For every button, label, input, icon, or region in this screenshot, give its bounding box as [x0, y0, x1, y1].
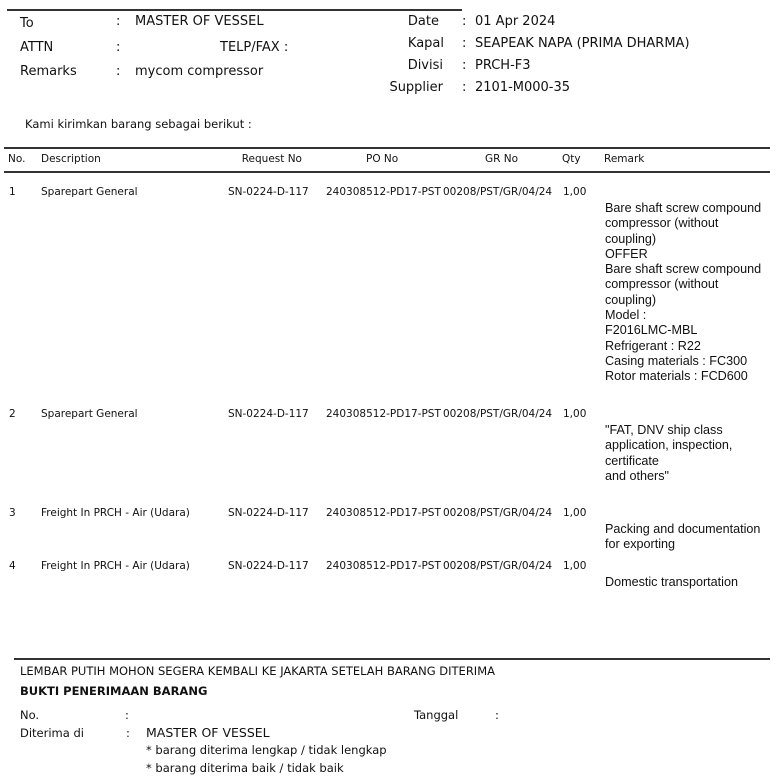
supplier-colon: : — [462, 80, 466, 95]
col-request-no: Request No — [242, 153, 302, 165]
row-request-no: SN-0224-D-117 — [228, 507, 309, 519]
row-po-no: 240308512-PD17-PST — [326, 408, 441, 420]
remarks-label: Remarks — [20, 64, 77, 79]
col-gr-no: GR No — [485, 153, 518, 165]
row-request-no: SN-0224-D-117 — [228, 560, 309, 572]
footer-note: * barang diterima baik / tidak baik — [146, 761, 344, 775]
row-remark: Packing and documentation for exporting — [605, 522, 777, 553]
footer-rule — [14, 658, 770, 660]
row-description: Freight In PRCH - Air (Udara) — [41, 507, 190, 519]
supplier-value: 2101-M000-35 — [475, 80, 570, 95]
col-qty: Qty — [562, 153, 581, 165]
row-request-no: SN-0224-D-117 — [228, 186, 309, 198]
kapal-value: SEAPEAK NAPA (PRIMA DHARMA) — [475, 36, 690, 51]
row-gr-no: 00208/PST/GR/04/24 — [443, 507, 552, 519]
attn-label: ATTN — [20, 40, 53, 55]
row-no: 3 — [9, 507, 16, 519]
remarks-colon: : — [116, 64, 120, 79]
row-description: Sparepart General — [41, 408, 138, 420]
footer-notice: LEMBAR PUTIH MOHON SEGERA KEMBALI KE JAK… — [20, 664, 495, 678]
col-po-no: PO No — [366, 153, 398, 165]
date-value: 01 Apr 2024 — [475, 14, 555, 29]
footer-diterima-label: Diterima di — [20, 726, 84, 740]
row-po-no: 240308512-PD17-PST — [326, 560, 441, 572]
col-remark: Remark — [604, 153, 644, 165]
row-description: Freight In PRCH - Air (Udara) — [41, 560, 190, 572]
supplier-label: Supplier — [389, 80, 443, 95]
row-gr-no: 00208/PST/GR/04/24 — [443, 560, 552, 572]
row-no: 1 — [9, 186, 16, 198]
row-qty: 1,00 — [563, 186, 586, 198]
row-remark: "FAT, DNV ship class application, inspec… — [605, 423, 777, 484]
date-label: Date — [408, 14, 439, 29]
top-rule — [7, 9, 462, 11]
divisi-value: PRCH-F3 — [475, 58, 531, 73]
table-header-rule — [4, 171, 770, 173]
row-no: 4 — [9, 560, 16, 572]
footer-diterima-value: MASTER OF VESSEL — [146, 725, 270, 740]
row-remark: Domestic transportation — [605, 575, 777, 590]
row-description: Sparepart General — [41, 186, 138, 198]
footer-no-colon: : — [125, 708, 129, 722]
row-po-no: 240308512-PD17-PST — [326, 186, 441, 198]
row-qty: 1,00 — [563, 560, 586, 572]
footer-diterima-colon: : — [126, 726, 130, 740]
row-gr-no: 00208/PST/GR/04/24 — [443, 186, 552, 198]
col-no: No. — [8, 153, 25, 165]
remarks-value: mycom compressor — [135, 64, 263, 79]
row-qty: 1,00 — [563, 408, 586, 420]
attn-colon: : — [116, 40, 120, 55]
to-colon: : — [116, 14, 120, 29]
row-gr-no: 00208/PST/GR/04/24 — [443, 408, 552, 420]
footer-no-label: No. — [20, 708, 39, 722]
col-description: Description — [41, 153, 101, 165]
divisi-label: Divisi — [408, 58, 443, 73]
table-top-rule — [4, 147, 770, 149]
kapal-label: Kapal — [408, 36, 444, 51]
footer-tanggal-colon: : — [495, 708, 499, 722]
footer-note: * barang diterima lengkap / tidak lengka… — [146, 743, 387, 757]
footer-title: BUKTI PENERIMAAN BARANG — [20, 684, 207, 698]
to-value: MASTER OF VESSEL — [135, 14, 264, 29]
intro-text: Kami kirimkan barang sebagai berikut : — [25, 117, 252, 131]
row-no: 2 — [9, 408, 16, 420]
to-label: To — [20, 16, 34, 31]
row-qty: 1,00 — [563, 507, 586, 519]
telp-fax-label: TELP/FAX : — [220, 40, 288, 55]
footer-tanggal-label: Tanggal — [414, 708, 458, 722]
kapal-colon: : — [462, 36, 466, 51]
date-colon: : — [462, 14, 466, 29]
row-po-no: 240308512-PD17-PST — [326, 507, 441, 519]
divisi-colon: : — [462, 58, 466, 73]
row-remark: Bare shaft screw compound compressor (wi… — [605, 201, 777, 385]
row-request-no: SN-0224-D-117 — [228, 408, 309, 420]
